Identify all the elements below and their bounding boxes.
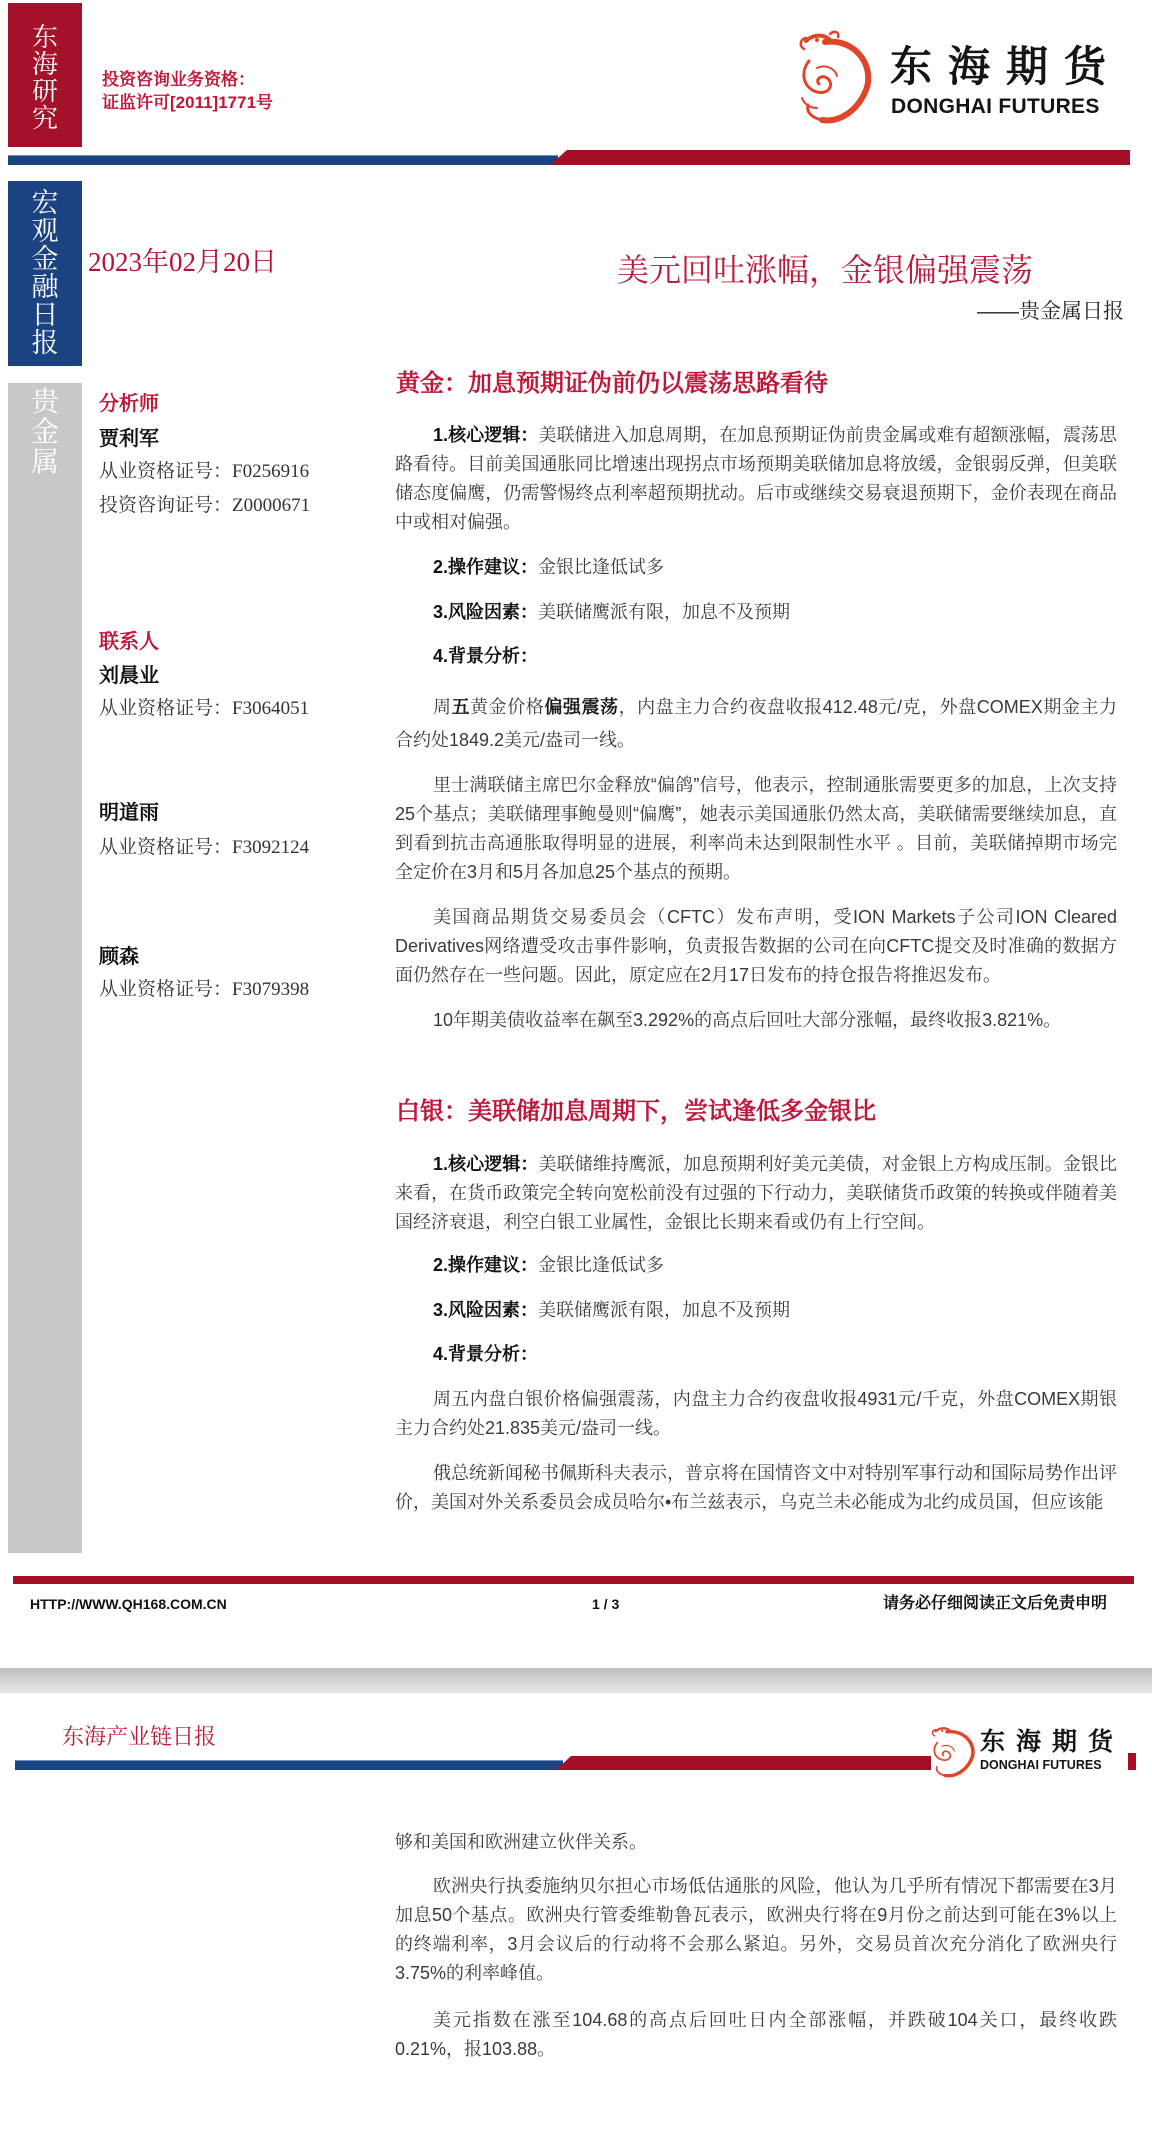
item-label: 3.风险因素： bbox=[433, 1300, 538, 1320]
qualification-line-2: 证监许可[2011]1771号 bbox=[102, 91, 273, 114]
gold-background-paragraph: 美国商品期货交易委员会（CFTC）发布声明，受ION Markets子公司ION… bbox=[395, 903, 1117, 990]
silver-background-heading: 4.背景分析： bbox=[395, 1340, 1117, 1369]
gold-background-heading: 4.背景分析： bbox=[395, 642, 1117, 671]
research-badge: 东海研究 bbox=[8, 3, 82, 147]
qualification-line-1: 投资咨询业务资格： bbox=[102, 68, 273, 91]
header-divider-red bbox=[550, 150, 1130, 165]
logo-name-cn: 东海期货 bbox=[890, 42, 1122, 92]
continued-paragraph: 够和美国和欧洲建立伙伴关系。 bbox=[395, 1828, 1117, 1857]
gold-background-paragraph: 10年期美债收益率在飙至3.292%的高点后回吐大部分涨幅，最终收报3.821%… bbox=[395, 1006, 1117, 1035]
analyst-consult-license: 投资咨询证号：Z0000671 bbox=[99, 494, 310, 518]
report-title: 美元回吐涨幅，金银偏强震荡 bbox=[617, 253, 1033, 287]
item-label: 2.操作建议： bbox=[433, 557, 538, 577]
silver-core-logic: 1.核心逻辑：美联储维持鹰派，加息预期利好美元美债，对金银上方构成压制。金银比来… bbox=[395, 1150, 1117, 1237]
item-text: 金银比逢低试多 bbox=[538, 557, 664, 577]
page2-divider-red bbox=[556, 1756, 931, 1770]
logo-name-cn: 东海期货 bbox=[980, 1727, 1124, 1757]
text-segment: 周 bbox=[433, 697, 452, 717]
silver-section-heading: 白银：美联储加息周期下，尝试逢低多金银比 bbox=[396, 1099, 876, 1125]
item-label: 1.核心逻辑： bbox=[433, 425, 539, 445]
dragon-logo-icon bbox=[929, 1724, 977, 1780]
contact-license: 从业资格证号：F3064051 bbox=[99, 697, 309, 721]
page-separator bbox=[0, 1668, 1152, 1693]
analyst-license: 从业资格证号：F0256916 bbox=[99, 460, 309, 484]
category-label: 宏观金融日报 bbox=[31, 181, 59, 357]
research-badge-label: 东海研究 bbox=[31, 3, 59, 132]
contact-license: 从业资格证号：F3079398 bbox=[99, 978, 309, 1002]
website-link[interactable]: HTTP://WWW.QH168.COM.CN bbox=[30, 1595, 227, 1613]
header-divider-blue bbox=[8, 155, 558, 165]
qualification-block: 投资咨询业务资格： 证监许可[2011]1771号 bbox=[102, 68, 273, 114]
gold-section-heading: 黄金：加息预期证伪前仍以震荡思路看待 bbox=[396, 371, 828, 397]
item-text: 美联储鹰派有限，加息不及预期 bbox=[538, 1300, 790, 1320]
contact-name: 明道雨 bbox=[99, 801, 159, 825]
gold-background-paragraph: 周五黄金价格偏强震荡，内盘主力合约夜盘收报412.48元/克，外盘COMEX期金… bbox=[395, 691, 1117, 757]
report-date: 2023年02月20日 bbox=[88, 246, 277, 278]
silver-background-paragraph: 俄总统新闻秘书佩斯科夫表示，普京将在国情咨文中对特别军事行动和国际局势作出评价，… bbox=[395, 1459, 1117, 1517]
text-segment-bold: 五 bbox=[452, 697, 471, 717]
gold-background-paragraph: 里士满联储主席巴尔金释放“偏鸽”信号，他表示，控制通胀需要更多的加息，上次支持2… bbox=[395, 771, 1117, 887]
item-text: 金银比逢低试多 bbox=[538, 1255, 664, 1275]
background-paragraph: 美元指数在涨至104.68的高点后回吐日内全部涨幅，并跌破104关口，最终收跌0… bbox=[395, 2006, 1117, 2064]
item-label: 4.背景分析： bbox=[433, 646, 538, 666]
item-label: 3.风险因素： bbox=[433, 602, 538, 622]
logo-name-en: DONGHAI FUTURES bbox=[980, 1758, 1102, 1772]
gold-core-logic: 1.核心逻辑：美联储进入加息周期，在加息预期证伪前贵金属或难有超额涨幅，震荡思路… bbox=[395, 421, 1117, 537]
item-label: 1.核心逻辑： bbox=[433, 1154, 539, 1174]
page2-divider-blue bbox=[15, 1760, 563, 1770]
section-sidebar: 贵金属 bbox=[8, 383, 82, 1553]
contact-name: 刘晨业 bbox=[99, 664, 159, 688]
report-page: 东海研究 投资咨询业务资格： 证监许可[2011]1771号 东海期货 DONG… bbox=[0, 0, 1152, 2129]
contact-license: 从业资格证号：F3092124 bbox=[99, 836, 309, 860]
logo-name-en: DONGHAI FUTURES bbox=[891, 95, 1100, 119]
dragon-logo-icon bbox=[795, 28, 875, 128]
analyst-name: 贾利军 bbox=[99, 427, 159, 451]
category-badge: 宏观金融日报 bbox=[8, 181, 82, 366]
silver-suggestion: 2.操作建议：金银比逢低试多 bbox=[395, 1251, 1117, 1280]
item-label: 4.背景分析： bbox=[433, 1344, 538, 1364]
section-label: 贵金属 bbox=[30, 383, 60, 477]
page2-header-title: 东海产业链日报 bbox=[62, 1723, 216, 1751]
background-paragraph: 欧洲央行执委施纳贝尔担心市场低估通胀的风险，他认为几乎所有情况下都需要在3月加息… bbox=[395, 1872, 1117, 1988]
item-text: 美联储鹰派有限，加息不及预期 bbox=[538, 602, 790, 622]
page-indicator: 1 / 3 bbox=[592, 1595, 619, 1613]
text-segment: 黄金价格 bbox=[470, 697, 544, 717]
contacts-heading: 联系人 bbox=[99, 630, 159, 654]
gold-risk: 3.风险因素：美联储鹰派有限，加息不及预期 bbox=[395, 598, 1117, 627]
footer-divider bbox=[13, 1576, 1134, 1584]
silver-background-paragraph: 周五内盘白银价格偏强震荡，内盘主力合约夜盘收报4931元/千克，外盘COMEX期… bbox=[395, 1385, 1117, 1443]
item-label: 2.操作建议： bbox=[433, 1255, 538, 1275]
silver-risk: 3.风险因素：美联储鹰派有限，加息不及预期 bbox=[395, 1296, 1117, 1325]
page2-header-tab bbox=[1128, 1753, 1136, 1770]
gold-suggestion: 2.操作建议：金银比逢低试多 bbox=[395, 553, 1117, 582]
contact-name: 顾森 bbox=[99, 945, 139, 969]
analysts-heading: 分析师 bbox=[99, 392, 159, 416]
report-subtitle: ——贵金属日报 bbox=[977, 299, 1124, 325]
disclaimer-note: 请务必仔细阅读正文后免责申明 bbox=[883, 1595, 1107, 1613]
text-segment-bold: 偏强震荡 bbox=[544, 697, 618, 717]
